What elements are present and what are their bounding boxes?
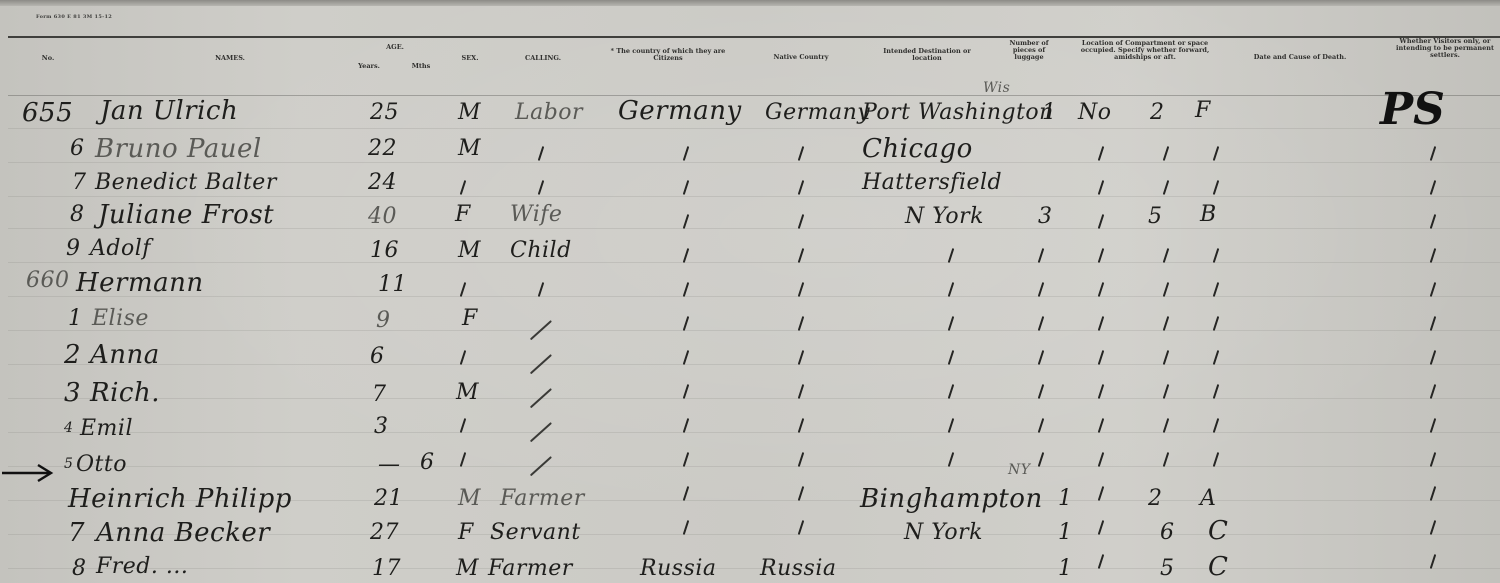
ditto-mark	[798, 282, 805, 297]
ruled-line	[8, 466, 1500, 467]
row-citizenship: Germany	[618, 96, 742, 126]
row-destination: Hattersfield	[862, 170, 1002, 195]
row-dest-note: NY	[1008, 462, 1031, 478]
row-sex: M	[458, 136, 481, 161]
row-no: 7	[68, 518, 85, 548]
ditto-mark	[1098, 452, 1105, 467]
ditto-mark	[683, 520, 690, 535]
ditto-mark	[798, 146, 805, 161]
ruled-line	[8, 568, 1500, 569]
ditto-mark	[1163, 418, 1170, 433]
row-native: Russia	[760, 556, 836, 581]
ditto-mark	[1098, 520, 1105, 535]
ditto-mark	[538, 146, 545, 161]
ditto-mark	[948, 384, 955, 399]
row-sex: M	[456, 556, 479, 581]
ditto-mark	[1213, 350, 1220, 365]
row-sex: F	[455, 202, 471, 227]
row-age: 7	[372, 382, 387, 407]
ditto-mark	[538, 180, 545, 195]
ditto-mark	[1038, 282, 1045, 297]
ditto-mark	[798, 180, 805, 195]
row-name: Benedict Balter	[95, 170, 277, 195]
ditto-mark	[798, 316, 805, 331]
row-calling: Servant	[490, 520, 581, 545]
ditto-mark	[1098, 486, 1105, 501]
row-no: 1	[68, 306, 83, 331]
col-header-age: AGE.	[370, 44, 420, 51]
row-compartment-no: 5	[1148, 204, 1163, 229]
row-no: 9	[66, 236, 81, 261]
row-no: 2	[64, 340, 81, 370]
ditto-mark	[798, 384, 805, 399]
ditto-mark	[1163, 180, 1170, 195]
ditto-mark	[460, 350, 467, 365]
row-name: Jan Ulrich	[100, 96, 238, 126]
row-no: 8	[70, 202, 85, 227]
ditto-mark	[1098, 248, 1105, 263]
ditto-mark	[1163, 452, 1170, 467]
row-no: 3	[64, 378, 81, 408]
row-sex: F	[462, 306, 478, 331]
ditto-mark	[1213, 418, 1220, 433]
row-age: 3	[374, 414, 389, 439]
col-header-sex: SEX.	[455, 55, 485, 62]
ditto-mark	[1430, 520, 1437, 535]
ditto-mark	[1430, 418, 1437, 433]
row-compartment-no: 2	[1150, 100, 1165, 125]
col-header-destination: Intended Destination or location	[872, 48, 982, 62]
row-destination: N York	[904, 520, 983, 545]
ditto-mark	[1213, 146, 1220, 161]
col-header-death: Date and Cause of Death.	[1240, 54, 1360, 61]
row-age: 11	[378, 272, 407, 297]
ditto-mark	[1213, 180, 1220, 195]
arrow-marker-icon	[2, 463, 54, 483]
row-age: 40	[368, 204, 397, 229]
row-age: 22	[368, 136, 397, 161]
ruled-line	[8, 364, 1500, 365]
ditto-mark	[948, 316, 955, 331]
col-header-age-months: Mths	[408, 63, 434, 70]
row-dest-note: Wis	[983, 80, 1010, 96]
ditto-mark	[1163, 350, 1170, 365]
row-citizenship: Russia	[640, 556, 716, 581]
row-compartment-no: 2	[1148, 486, 1163, 511]
row-age: 17	[372, 556, 401, 581]
row-compartment-loc: C	[1208, 552, 1228, 582]
col-header-names: NAMES.	[180, 55, 280, 62]
ditto-mark	[683, 282, 690, 297]
ditto-mark	[1430, 214, 1437, 229]
ditto-mark	[1098, 418, 1105, 433]
ditto-mark	[1038, 452, 1045, 467]
ditto-mark	[1430, 316, 1437, 331]
row-name: Adolf	[90, 236, 151, 261]
ditto-mark	[1163, 146, 1170, 161]
ditto-mark	[798, 350, 805, 365]
ditto-mark	[460, 282, 467, 297]
row-no: 5	[64, 456, 73, 472]
ruled-line	[8, 398, 1500, 399]
ditto-mark	[1098, 282, 1105, 297]
ditto-mark	[460, 180, 467, 195]
row-no: 6	[70, 136, 85, 161]
ditto-mark	[683, 316, 690, 331]
ruled-line	[8, 128, 1500, 129]
ditto-mark	[683, 248, 690, 263]
ditto-mark	[1163, 248, 1170, 263]
row-compartment-loc: B	[1200, 202, 1217, 227]
row-name: Hermann	[76, 268, 204, 298]
row-sex: M	[458, 100, 481, 125]
row-compartment-loc: F	[1195, 98, 1211, 123]
ditto-mark	[798, 520, 805, 535]
ditto-mark	[1430, 554, 1437, 569]
ditto-mark	[1430, 486, 1437, 501]
ditto-mark	[1098, 554, 1105, 569]
col-header-age-years: Years.	[356, 63, 382, 70]
ditto-mark	[1430, 282, 1437, 297]
row-name: Anna	[90, 340, 160, 370]
row-age: 6	[370, 344, 385, 369]
row-age: 24	[368, 170, 397, 195]
row-sex: M	[456, 380, 479, 405]
ditto-mark	[683, 486, 690, 501]
ditto-mark	[1213, 282, 1220, 297]
row-no: 7	[72, 170, 87, 195]
row-luggage: 1	[1058, 520, 1073, 545]
ditto-mark	[1430, 452, 1437, 467]
row-destination: Port Washington	[862, 100, 1054, 125]
col-header-visitors: Whether Visitors only, or intending to b…	[1395, 38, 1495, 59]
ditto-mark	[798, 486, 805, 501]
ruled-line	[8, 330, 1500, 331]
ditto-mark	[1213, 452, 1220, 467]
ditto-mark	[460, 452, 467, 467]
manifest-page: Form 630 E 81 3M 15-12 No. NAMES. AGE. Y…	[0, 0, 1500, 583]
row-no: 4	[64, 420, 73, 436]
ditto-mark	[1163, 384, 1170, 399]
ditto-mark	[1038, 384, 1045, 399]
col-header-native-country: Native Country	[756, 54, 846, 61]
row-no: 8	[72, 556, 87, 581]
ditto-mark	[1430, 350, 1437, 365]
ditto-mark	[798, 452, 805, 467]
col-header-calling: CALLING.	[518, 55, 568, 62]
row-calling: Wife	[510, 202, 562, 227]
ditto-mark	[683, 384, 690, 399]
ditto-mark	[1213, 316, 1220, 331]
ditto-mark	[683, 214, 690, 229]
row-name: Fred. ...	[96, 554, 188, 579]
ditto-mark	[460, 418, 467, 433]
row-calling: Farmer	[500, 486, 585, 511]
row-age: 9	[376, 308, 391, 333]
ditto-mark	[1163, 282, 1170, 297]
ditto-mark	[1430, 384, 1437, 399]
ditto-mark	[1430, 146, 1437, 161]
ditto-mark	[1163, 316, 1170, 331]
ruled-line	[8, 432, 1500, 433]
row-compartment-no: 5	[1160, 556, 1175, 581]
row-no: 660	[26, 268, 70, 293]
row-name: Rich.	[90, 378, 160, 408]
col-header-luggage: Number of pieces of luggage	[1005, 40, 1053, 61]
row-luggage: 1	[1058, 486, 1073, 511]
row-compartment-loc: A	[1200, 486, 1216, 511]
row-compartment-side: No	[1078, 100, 1112, 125]
row-destination: Chicago	[862, 134, 973, 164]
ditto-mark	[683, 350, 690, 365]
ditto-mark	[948, 248, 955, 263]
row-compartment-loc: C	[1208, 516, 1228, 546]
col-header-compartment: Location of Compartment or space occupie…	[1075, 40, 1215, 61]
ditto-mark	[1098, 180, 1105, 195]
ditto-mark	[948, 350, 955, 365]
row-destination: N York	[905, 204, 984, 229]
header-rule	[8, 36, 1500, 38]
row-name: Otto	[76, 452, 127, 477]
row-calling: Child	[510, 238, 572, 263]
row-native: Germany	[765, 100, 870, 125]
ditto-mark	[1430, 180, 1437, 195]
row-sex: M	[458, 238, 481, 263]
row-sex: F	[458, 520, 474, 545]
col-header-citizenship: * The country of which they are Citizens	[608, 48, 728, 62]
scan-top-edge	[0, 0, 1500, 6]
row-name: Emil	[80, 416, 133, 441]
row-age-months: 6	[420, 450, 435, 475]
row-luggage: 3	[1038, 204, 1053, 229]
ditto-mark	[683, 418, 690, 433]
row-name: Elise	[92, 306, 149, 331]
row-name: Anna Becker	[96, 518, 270, 548]
col-header-no: No.	[38, 55, 58, 62]
row-calling: Labor	[515, 100, 583, 125]
ditto-mark	[1098, 214, 1105, 229]
row-age: 21	[374, 486, 403, 511]
row-age: 16	[370, 238, 399, 263]
ditto-mark	[1038, 316, 1045, 331]
ditto-mark	[1098, 316, 1105, 331]
row-name: Heinrich Philipp	[68, 484, 292, 514]
ditto-mark	[1213, 384, 1220, 399]
ditto-mark	[1430, 248, 1437, 263]
row-luggage: 1	[1058, 556, 1073, 581]
ditto-mark	[948, 282, 955, 297]
row-name: Bruno Pauel	[95, 134, 262, 164]
ruled-line	[8, 296, 1500, 297]
row-compartment-no: 6	[1160, 520, 1175, 545]
row-age: 27	[370, 520, 399, 545]
ditto-mark	[798, 214, 805, 229]
form-number: Form 630 E 81 3M 15-12	[36, 14, 112, 20]
ditto-mark	[1038, 418, 1045, 433]
ditto-mark	[948, 418, 955, 433]
row-age: 25	[370, 100, 399, 125]
ditto-mark	[683, 180, 690, 195]
ruled-line	[8, 262, 1500, 263]
ditto-mark	[1098, 350, 1105, 365]
ditto-mark	[1213, 248, 1220, 263]
row-calling: Farmer	[488, 556, 573, 581]
row-sex: M	[458, 486, 481, 511]
row-destination: Binghampton	[860, 484, 1043, 514]
row-name: Juliane Frost	[98, 200, 274, 230]
ditto-mark	[1038, 248, 1045, 263]
ditto-mark	[798, 248, 805, 263]
ditto-mark	[683, 452, 690, 467]
ditto-mark	[798, 418, 805, 433]
row-luggage: 1	[1042, 100, 1057, 125]
ditto-mark	[538, 282, 545, 297]
row-age-years: —	[378, 452, 401, 477]
ditto-mark	[683, 146, 690, 161]
ditto-mark	[1098, 384, 1105, 399]
row-no: 655	[22, 98, 73, 128]
ruled-line	[8, 196, 1500, 197]
ditto-mark	[1098, 146, 1105, 161]
ditto-mark	[948, 452, 955, 467]
ditto-mark	[1038, 350, 1045, 365]
visitor-mark: PS	[1380, 84, 1445, 135]
